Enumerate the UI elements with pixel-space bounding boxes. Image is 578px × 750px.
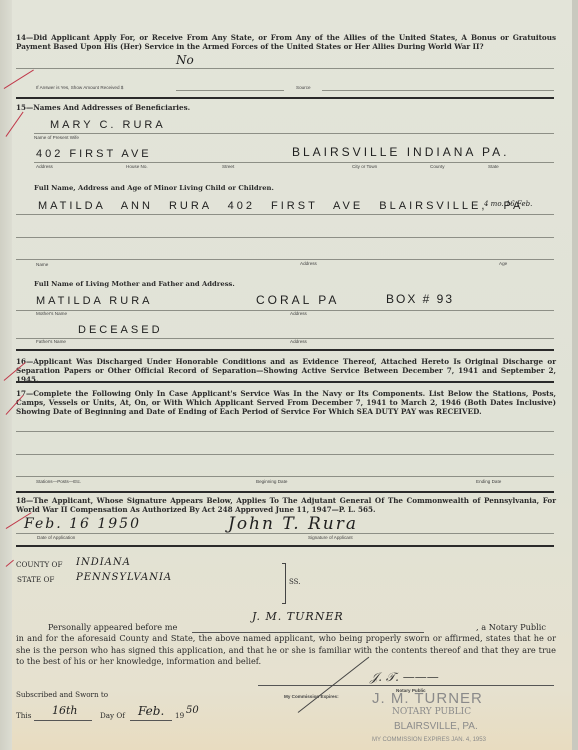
appeared-prefix: Personally appeared before me [48,622,177,632]
ss-bracket [282,563,286,604]
scan-right-edge [572,0,578,750]
day-of-label: Day Of [100,711,125,720]
question-15-title: 15—Names And Addresses of Beneficiaries. [16,103,190,112]
notary-statement: in and for the aforesaid County and Stat… [16,633,556,668]
address-label: Address [36,164,53,169]
parents-title: Full Name of Living Mother and Father an… [34,280,235,289]
mother-box-value: BOX # 93 [386,292,454,306]
city-label: City or Town [352,164,377,169]
county-value: INDIANA [76,557,131,568]
house-no-label: House No. [126,164,148,169]
state-value: PENNSYLVANIA [76,572,172,583]
stations-column-label: Stations—Posts—Etc. [36,479,81,484]
question-18: 18—The Applicant, Whose Signature Appear… [16,496,556,514]
child-name-label: Name [36,262,48,267]
commission-expires-label: My Commission Expires: [284,694,339,699]
child-age-value: 4 mo. 16 Feb. [484,200,532,208]
section-divider [16,381,554,383]
q14-amount-label: If Answer is Yes, Show Amount Received $ [36,85,123,90]
section-divider [16,491,554,493]
month-line [130,720,172,721]
application-page: 14—Did Applicant Apply For, or Receive F… [0,0,578,750]
beginning-date-column-label: Beginning Date [256,479,287,484]
q14-source-label: Source [296,85,311,90]
signature-of-applicant-label: Signature of Applicant [308,535,353,540]
wife-address-value: 402 FIRST AVE [36,148,152,160]
street-label: Street [222,164,234,169]
q14-answer: No [176,53,194,67]
county-label: County [430,164,445,169]
mother-name-label: Mother's Name [36,311,67,316]
sea-duty-line-2 [16,454,554,455]
stamp-city: BLAIRSVILLE, PA. [394,721,478,732]
sea-duty-line-3 [16,476,554,477]
wife-name-line [34,133,554,134]
subscribed-label: Subscribed and Sworn to [16,690,108,699]
date-of-application-label: Date of Application [37,535,75,540]
state-label: STATE OF [17,575,54,584]
mother-name-value: MATILDA RURA [36,295,152,307]
q14-source-field[interactable] [322,90,554,91]
notary-signature-line [258,685,554,686]
wife-name-label: Name of Present Wife [34,135,79,140]
application-date-value: Feb. 16 1950 [24,516,141,532]
mother-line [16,310,554,311]
wife-name-value: MARY C. RURA [50,119,166,131]
section-divider [16,349,554,351]
child-line-1 [16,214,554,215]
child-value: MATILDA ANN RURA 402 FIRST AVE BLAIRSVIL… [38,200,523,212]
sea-duty-line-1 [16,431,554,432]
child-line-2 [16,237,554,238]
stamp-name: J. M. TURNER [372,690,483,707]
child-line-3 [16,259,554,260]
notary-name-value: J. M. TURNER [252,610,344,623]
child-title: Full Name, Address and Age of Minor Livi… [34,184,274,193]
year-prefix: 19 [175,711,184,720]
father-name-label: Father's Name [36,339,66,344]
ss-label: SS. [289,578,300,586]
section-divider [16,545,554,547]
child-age-label: Age [499,261,507,266]
signature-line [16,533,554,534]
section-divider [16,97,554,99]
appeared-suffix: , a Notary Public [476,622,546,632]
day-line [34,720,92,721]
father-address-label: Address [290,339,307,344]
question-17: 17—Complete the Following Only In Case A… [16,389,556,416]
day-value: 16th [52,704,78,717]
year-value: 50 [186,705,199,716]
stamp-title: NOTARY PUBLIC [392,707,471,717]
mother-address-value: CORAL PA [256,293,339,307]
county-label: COUNTY OF [16,560,62,569]
wife-address-line [34,162,554,163]
q14-answer-line [16,68,554,69]
father-name-value: DECEASED [78,324,163,336]
this-label: This [16,711,31,720]
state-label: State [488,164,499,169]
q14-amount-field[interactable] [176,90,284,91]
notary-signature: 𝒥. 𝒯. ——— [370,670,439,685]
applicant-signature: John T. Rura [228,514,358,534]
father-line [16,338,554,339]
child-address-label: Address [300,261,317,266]
stamp-expires: MY COMMISSION EXPIRES JAN. 4, 1953 [372,737,486,743]
ending-date-column-label: Ending Date [476,479,501,484]
mother-address-label: Address [290,311,307,316]
wife-city-value: BLAIRSVILLE INDIANA PA. [292,145,510,159]
question-14: 14—Did Applicant Apply For, or Receive F… [16,33,556,51]
question-16: 16—Applicant Was Discharged Under Honora… [16,357,556,384]
month-value: Feb. [138,704,164,718]
